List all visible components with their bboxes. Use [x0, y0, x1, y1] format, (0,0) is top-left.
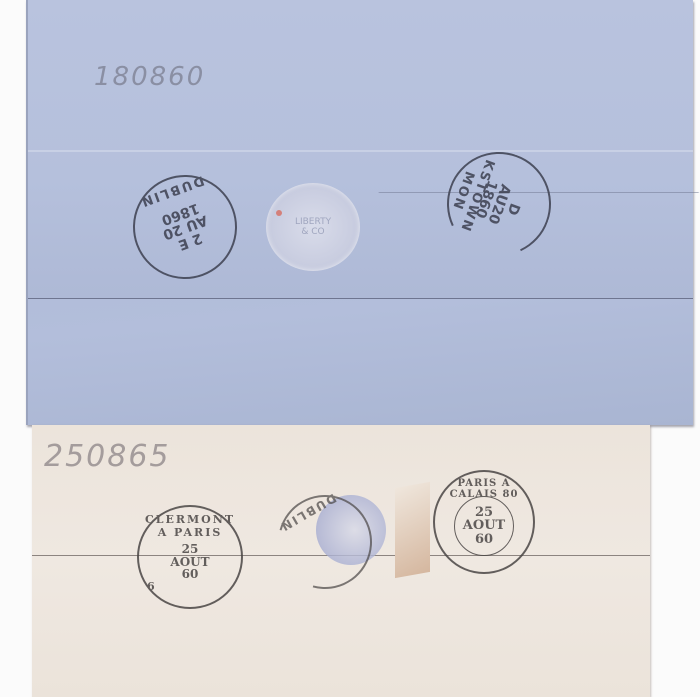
red-wax-trace	[276, 210, 282, 216]
postmark-ring-text: PARIS A CALAIS 80	[435, 478, 533, 500]
embossed-seal: LIBERTY & CO	[266, 183, 360, 271]
seal-text: LIBERTY	[295, 217, 331, 227]
pencil-inventory-number: 180860	[94, 62, 205, 92]
postmark-line: 60	[170, 568, 209, 581]
postmark-line: 25	[170, 543, 209, 556]
seal-text: & CO	[295, 227, 331, 237]
paper-crease	[28, 150, 693, 152]
postmark-clermont-paris: CLERMONT A PARIS 25 AOUT 60 6	[137, 505, 243, 609]
postmark-paris-calais: PARIS A CALAIS 80 25 AOUT 60	[433, 470, 535, 574]
postmark-line: 60	[455, 533, 513, 547]
pencil-inventory-number: 250865	[44, 439, 171, 474]
postmark-corner-number: 6	[147, 580, 155, 593]
postmark-line: AOUT	[455, 519, 513, 533]
postmark-line: 25	[455, 506, 513, 520]
postmark-ring-text: CLERMONT A PARIS	[139, 513, 241, 539]
torn-flap	[395, 482, 430, 578]
